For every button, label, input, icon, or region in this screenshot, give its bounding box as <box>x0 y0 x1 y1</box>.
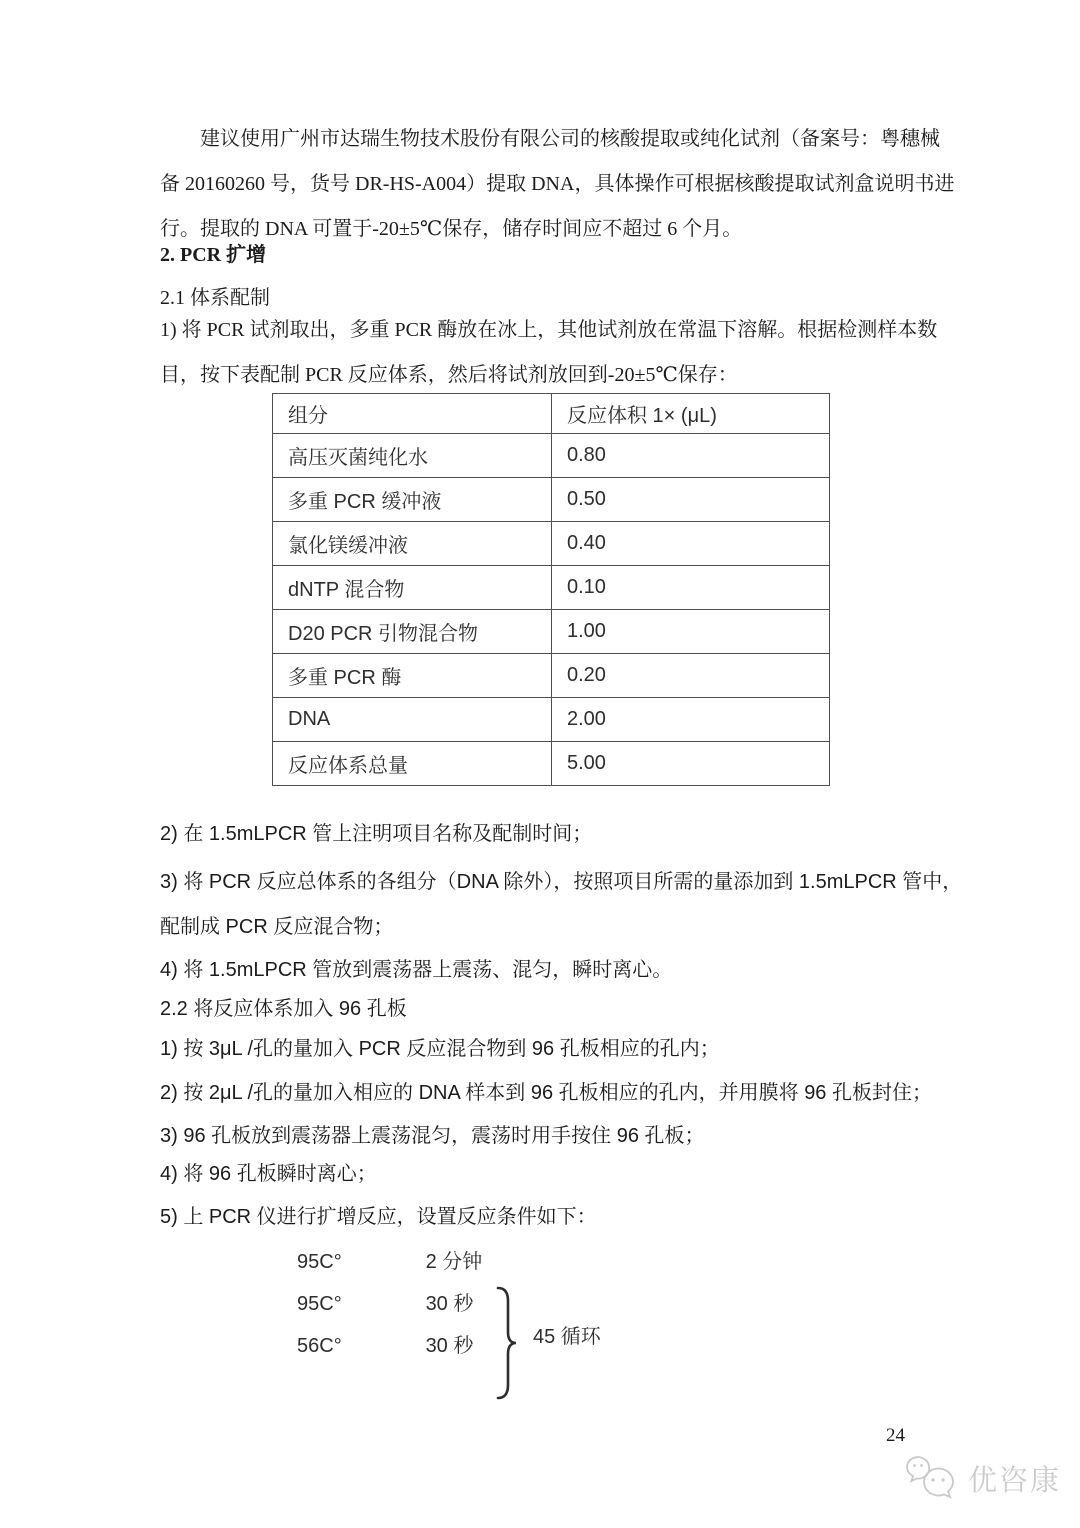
table-cell-volume: 0.20 <box>552 654 830 698</box>
table-row: 多重 PCR 酶 0.20 <box>273 654 830 698</box>
table-cell-component: 氯化镁缓冲液 <box>273 522 552 566</box>
step-2-1-item-1: 1) 将 PCR 试剂取出，多重 PCR 酶放在冰上，其他试剂放在常温下溶解。根… <box>160 308 960 398</box>
condition-time: 2 分钟 <box>426 1251 483 1273</box>
step-2-1-item-3: 3) 将 PCR 反应总体系的各组分（DNA 除外），按照项目所需的量添加到 1… <box>160 860 960 950</box>
table-cell-component: 反应体系总量 <box>273 742 552 786</box>
section-heading-pcr: 2. PCR 扩增 <box>160 234 960 277</box>
table-cell-volume: 5.00 <box>552 742 830 786</box>
table-cell-component: 高压灭菌纯化水 <box>273 434 552 478</box>
intro-paragraph: 建议使用广州市达瑞生物技术股份有限公司的核酸提取或纯化试剂（备案号：粤穗械 备 … <box>160 117 960 252</box>
table-cell-volume: 0.40 <box>552 522 830 566</box>
condition-temp: 95C° <box>297 1241 420 1283</box>
table-cell-volume: 2.00 <box>552 698 830 742</box>
table-cell-component: 多重 PCR 酶 <box>273 654 552 698</box>
page-number: 24 <box>886 1425 905 1447</box>
table-cell-component: DNA <box>273 698 552 742</box>
pcr-conditions-block: 95C° 2 分钟 95C° 30 秒 56C° 30 秒 45 循环 <box>297 1241 717 1411</box>
table-cell-volume: 0.10 <box>552 566 830 610</box>
table-cell-volume: 0.80 <box>552 434 830 478</box>
intro-line: 建议使用广州市达瑞生物技术股份有限公司的核酸提取或纯化试剂（备案号：粤穗械 <box>160 117 960 162</box>
table-cell-component: D20 PCR 引物混合物 <box>273 610 552 654</box>
table-row: D20 PCR 引物混合物 1.00 <box>273 610 830 654</box>
document-page: 建议使用广州市达瑞生物技术股份有限公司的核酸提取或纯化试剂（备案号：粤穗械 备 … <box>0 0 1080 1528</box>
condition-time: 30 秒 <box>426 1293 474 1315</box>
reagent-table: 组分 反应体积 1× (μL) 高压灭菌纯化水 0.80 多重 PCR 缓冲液 … <box>272 393 830 786</box>
table-cell-component: 多重 PCR 缓冲液 <box>273 478 552 522</box>
step-2-2-item-3: 3) 96 孔板放到震荡器上震荡混匀，震荡时用手按住 96 孔板； <box>160 1115 960 1158</box>
step-2-2-item-4: 4) 将 96 孔板瞬时离心； <box>160 1153 960 1196</box>
chat-bubbles-logo-icon <box>906 1455 960 1501</box>
condition-row: 95C° 2 分钟 <box>297 1241 717 1283</box>
table-header-row: 组分 反应体积 1× (μL) <box>273 394 830 434</box>
step-2-2-item-1: 1) 按 3μL /孔的量加入 PCR 反应混合物到 96 孔板相应的孔内； <box>160 1028 960 1071</box>
watermark-text: 优咨康 <box>968 1458 1061 1499</box>
step-2-2-item-5: 5) 上 PCR 仪进行扩增反应，设置反应条件如下： <box>160 1196 960 1239</box>
cycles-label: 45 循环 <box>533 1325 601 1349</box>
table-row: 反应体系总量 5.00 <box>273 742 830 786</box>
table-row: 高压灭菌纯化水 0.80 <box>273 434 830 478</box>
subsection-heading-2-2: 2.2 将反应体系加入 96 孔板 <box>160 988 960 1031</box>
condition-temp: 56C° <box>297 1325 420 1367</box>
table-cell-volume: 1.00 <box>552 610 830 654</box>
watermark: 优咨康 <box>906 1455 1061 1501</box>
step-2-1-item-2: 2) 在 1.5mLPCR 管上注明项目名称及配制时间； <box>160 813 960 856</box>
table-row: DNA 2.00 <box>273 698 830 742</box>
condition-time: 30 秒 <box>426 1335 474 1357</box>
step-2-2-item-2: 2) 按 2μL /孔的量加入相应的 DNA 样本到 96 孔板相应的孔内，并用… <box>160 1072 960 1115</box>
table-cell-volume: 0.50 <box>552 478 830 522</box>
table-row: 氯化镁缓冲液 0.40 <box>273 522 830 566</box>
condition-temp: 95C° <box>297 1283 420 1325</box>
table-row: dNTP 混合物 0.10 <box>273 566 830 610</box>
intro-line: 备 20160260 号，货号 DR-HS-A004）提取 DNA，具体操作可根… <box>160 162 960 207</box>
step-2-1-item-4: 4) 将 1.5mLPCR 管放到震荡器上震荡、混匀，瞬时离心。 <box>160 949 960 992</box>
table-header-volume: 反应体积 1× (μL) <box>552 394 830 434</box>
table-row: 多重 PCR 缓冲液 0.50 <box>273 478 830 522</box>
table-cell-component: dNTP 混合物 <box>273 566 552 610</box>
table-header-component: 组分 <box>273 394 552 434</box>
curly-brace-icon <box>495 1286 517 1400</box>
